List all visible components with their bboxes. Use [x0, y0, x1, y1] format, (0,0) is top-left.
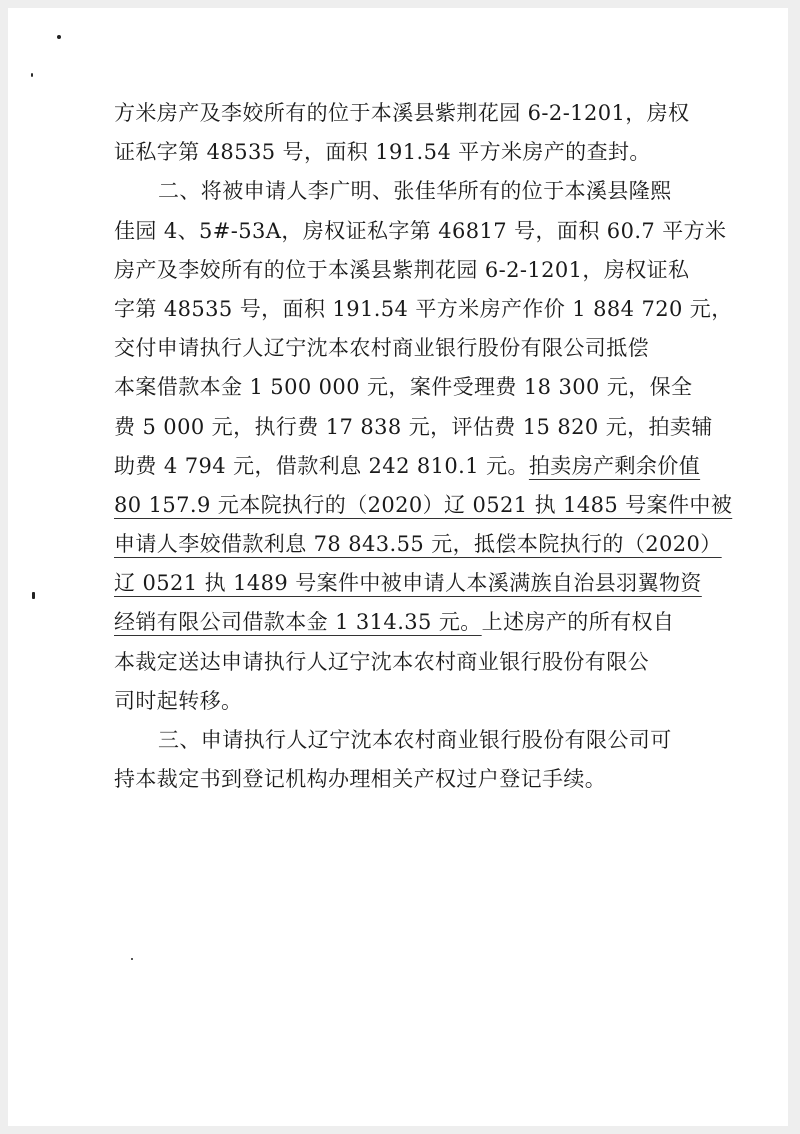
text-line: 字第 48535 号，面积 191.54 平方米房产作价 1 884 720 元… — [114, 290, 676, 329]
text-line: 持本裁定书到登记机构办理相关产权过户登记手续。 — [114, 760, 676, 799]
text-segment: 助费 4 794 元，借款利息 242 810.1 元。 — [114, 454, 529, 478]
text-line: 证私字第 48535 号，面积 191.54 平方米房产的查封。 — [114, 133, 676, 172]
underlined-text: 经销有限公司借款本金 1 314.35 元。 — [114, 610, 482, 634]
text-segment: 上述房产的所有权自 — [482, 610, 675, 634]
document-body: 方米房产及李姣所有的位于本溪县紫荆花园 6-2-1201，房权 证私字第 485… — [114, 94, 676, 799]
text-line: 经销有限公司借款本金 1 314.35 元。上述房产的所有权自 — [114, 603, 676, 642]
text-line: 本裁定送达申请执行人辽宁沈本农村商业银行股份有限公 — [114, 643, 676, 682]
text-line: 助费 4 794 元，借款利息 242 810.1 元。拍卖房产剩余价值 — [114, 447, 676, 486]
document-page: 方米房产及李姣所有的位于本溪县紫荆花园 6-2-1201，房权 证私字第 485… — [8, 8, 788, 1126]
text-line: 三、申请执行人辽宁沈本农村商业银行股份有限公司可 — [114, 721, 676, 760]
scan-speck — [57, 35, 61, 39]
underlined-text-line: 80 157.9 元本院执行的（2020）辽 0521 执 1485 号案件中被 — [114, 486, 676, 525]
text-line: 司时起转移。 — [114, 682, 676, 721]
scan-speck — [31, 73, 33, 77]
text-line: 本案借款本金 1 500 000 元，案件受理费 18 300 元，保全 — [114, 368, 676, 407]
underlined-text-line: 辽 0521 执 1489 号案件中被申请人本溪满族自治县羽翼物资 — [114, 564, 676, 603]
text-line: 房产及李姣所有的位于本溪县紫荆花园 6-2-1201，房权证私 — [114, 251, 676, 290]
underlined-text-line: 申请人李姣借款利息 78 843.55 元，抵偿本院执行的（2020） — [114, 525, 676, 564]
text-line: 方米房产及李姣所有的位于本溪县紫荆花园 6-2-1201，房权 — [114, 94, 676, 133]
text-line: 交付申请执行人辽宁沈本农村商业银行股份有限公司抵偿 — [114, 329, 676, 368]
text-line: 佳园 4、5#-53A，房权证私字第 46817 号，面积 60.7 平方米 — [114, 212, 676, 251]
text-line: 二、将被申请人李广明、张佳华所有的位于本溪县隆熙 — [114, 172, 676, 211]
text-line: 费 5 000 元，执行费 17 838 元，评估费 15 820 元，拍卖辅 — [114, 408, 676, 447]
scan-speck — [32, 592, 35, 599]
underlined-text: 拍卖房产剩余价值 — [529, 454, 700, 478]
scan-speck — [131, 958, 133, 960]
